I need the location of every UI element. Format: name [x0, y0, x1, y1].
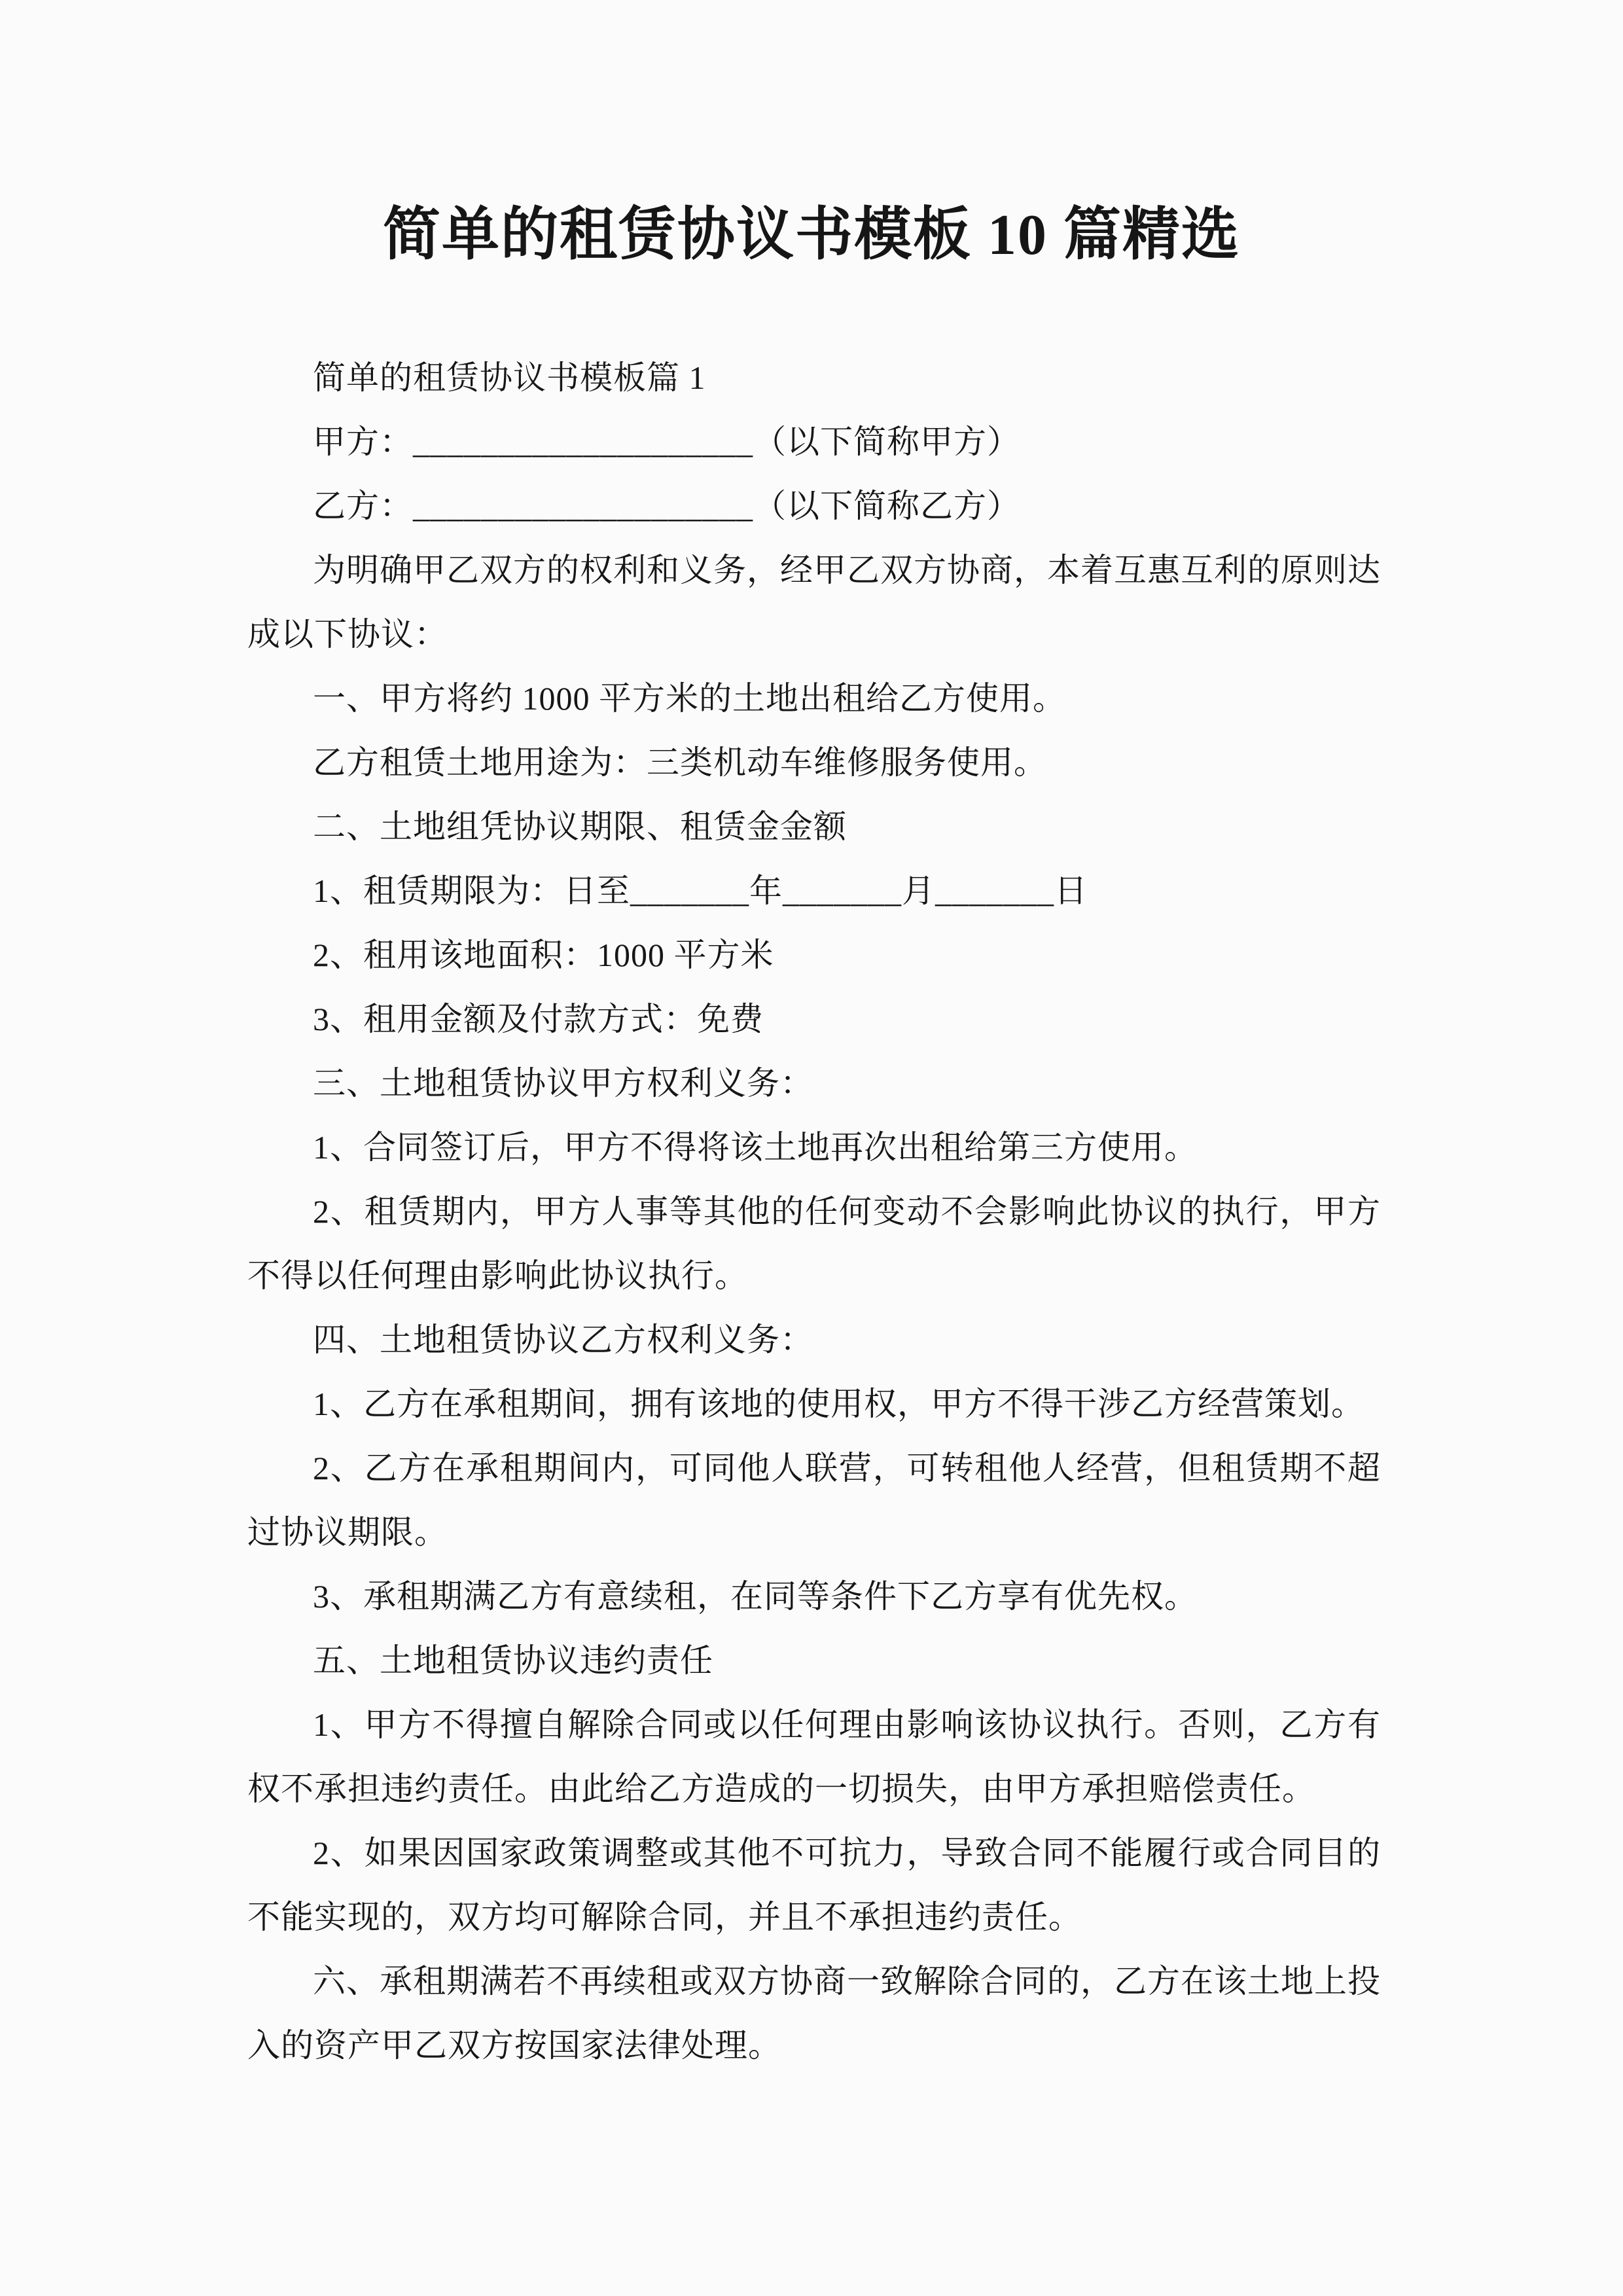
paragraph: 三、土地租赁协议甲方权利义务：: [247, 1051, 1381, 1115]
paragraph: 一、甲方将约 1000 平方米的土地出租给乙方使用。: [247, 666, 1381, 730]
paragraph: 3、租用金额及付款方式：免费: [247, 987, 1381, 1051]
paragraph: 六、承租期满若不再续租或双方协商一致解除合同的，乙方在该土地上投入的资产甲乙双方…: [247, 1949, 1381, 2077]
paragraph: 1、合同签订后，甲方不得将该土地再次出租给第三方使用。: [247, 1115, 1381, 1179]
paragraph: 乙方租赁土地用途为：三类机动车维修服务使用。: [247, 730, 1381, 795]
document-page: 简单的租赁协议书模板 10 篇精选 简单的租赁协议书模板篇 1甲方：______…: [0, 0, 1623, 2296]
paragraph: 2、租赁期内，甲方人事等其他的任何变动不会影响此协议的执行，甲方不得以任何理由影…: [247, 1179, 1381, 1308]
document-body: 简单的租赁协议书模板篇 1甲方：____________________（以下简…: [247, 346, 1381, 2077]
paragraph: 1、租赁期限为：日至_______年_______月_______日: [247, 859, 1381, 923]
paragraph: 甲方：____________________（以下简称甲方）: [247, 410, 1381, 474]
paragraph: 2、如果因国家政策调整或其他不可抗力，导致合同不能履行或合同目的不能实现的，双方…: [247, 1821, 1381, 1949]
paragraph: 简单的租赁协议书模板篇 1: [247, 346, 1381, 410]
paragraph: 1、甲方不得擅自解除合同或以任何理由影响该协议执行。否则，乙方有权不承担违约责任…: [247, 1693, 1381, 1821]
document-title: 简单的租赁协议书模板 10 篇精选: [0, 204, 1623, 267]
paragraph: 3、承租期满乙方有意续租，在同等条件下乙方享有优先权。: [247, 1564, 1381, 1628]
paragraph: 四、土地租赁协议乙方权利义务：: [247, 1308, 1381, 1372]
paragraph: 二、土地组凭协议期限、租赁金金额: [247, 795, 1381, 859]
paragraph: 五、土地租赁协议违约责任: [247, 1628, 1381, 1693]
paragraph: 乙方：____________________（以下简称乙方）: [247, 474, 1381, 538]
paragraph: 1、乙方在承租期间，拥有该地的使用权，甲方不得干涉乙方经营策划。: [247, 1372, 1381, 1436]
paragraph: 为明确甲乙双方的权利和义务，经甲乙双方协商，本着互惠互利的原则达成以下协议：: [247, 538, 1381, 666]
paragraph: 2、租用该地面积：1000 平方米: [247, 923, 1381, 987]
paragraph: 2、乙方在承租期间内，可同他人联营，可转租他人经营，但租赁期不超过协议期限。: [247, 1436, 1381, 1564]
